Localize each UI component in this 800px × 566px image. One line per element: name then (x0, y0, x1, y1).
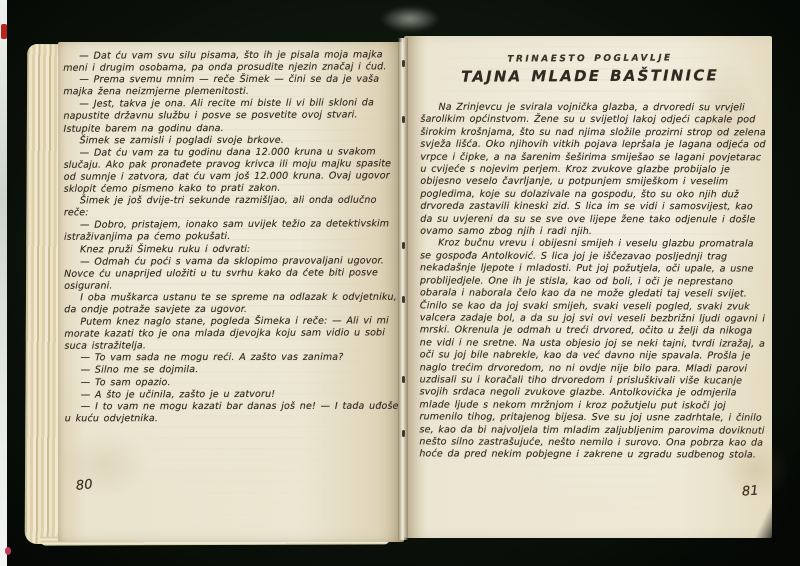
handwritten-paragraph: — Dat ću vam za tu godinu dana 12.000 kr… (64, 146, 398, 196)
scan-edge-strip (0, 0, 7, 566)
handwritten-paragraph: — I to vam ne mogu kazati bar danas još … (65, 400, 399, 425)
handwritten-paragraph: Šimek se zamisli i pogladi svoje brkove. (64, 134, 398, 147)
handwritten-paragraph: — Dat ću vam svu silu pisama, što ih je … (63, 49, 397, 75)
binding-stitch (402, 116, 405, 123)
handwritten-paragraph: — To vam sada ne mogu reći. A zašto vas … (65, 352, 399, 365)
handwritten-paragraph: — To sam opazio. (65, 376, 399, 389)
handwritten-paragraph: I oba muškarca ustanu te se spreme na od… (64, 292, 398, 317)
page-number-left: 80 (75, 477, 93, 494)
binding-stitch (402, 60, 405, 67)
binding-stitch (402, 242, 405, 249)
binding-stitch (402, 376, 405, 383)
handwritten-paragraph: Putem knez naglo stane, pogleda Šimeka i… (64, 315, 398, 353)
handwritten-paragraph: — Silno me se dojmila. (65, 364, 399, 378)
binding-stitch (402, 430, 405, 437)
chapter-title: TAJNA MLADE BAŠTINICE (420, 66, 760, 86)
handwritten-paragraph: Kroz bučnu vrevu i obijesni smijeh i ves… (419, 238, 766, 463)
binding-stitch (402, 296, 405, 303)
handwritten-paragraph: — Prema svemu mnim — reče Šimek — čini s… (63, 74, 397, 99)
book-gutter (398, 38, 408, 540)
right-page-text: Na Zrinjevcu je svirala vojnička glazba,… (419, 101, 766, 462)
handwritten-paragraph: — Jest, takva je ona. Ali recite mi bist… (63, 98, 397, 136)
handwritten-paragraph: Šimek je još dvije-tri sekunde razmišlja… (64, 195, 398, 220)
handwritten-paragraph: — Odmah ću poći s vama da sklopimo pravo… (64, 255, 398, 293)
handwritten-paragraph: Knez pruži Šimeku ruku i odvrati: (64, 243, 398, 256)
red-dot-mark (5, 547, 11, 555)
handwritten-paragraph: Na Zrinjevcu je svirala vojnička glazba,… (420, 102, 766, 239)
handwritten-paragraph: — Dobro, pristajem, ionako sam uvijek te… (64, 219, 398, 245)
glare-highlight (380, 6, 440, 32)
cover-corner-shadow (756, 440, 800, 566)
handwritten-paragraph: — A što je učinila, zašto je u zatvoru! (65, 388, 399, 402)
left-page-text: — Dat ću vam svu silu pisama, što ih je … (63, 49, 399, 425)
red-bookmark-mark (1, 24, 7, 39)
